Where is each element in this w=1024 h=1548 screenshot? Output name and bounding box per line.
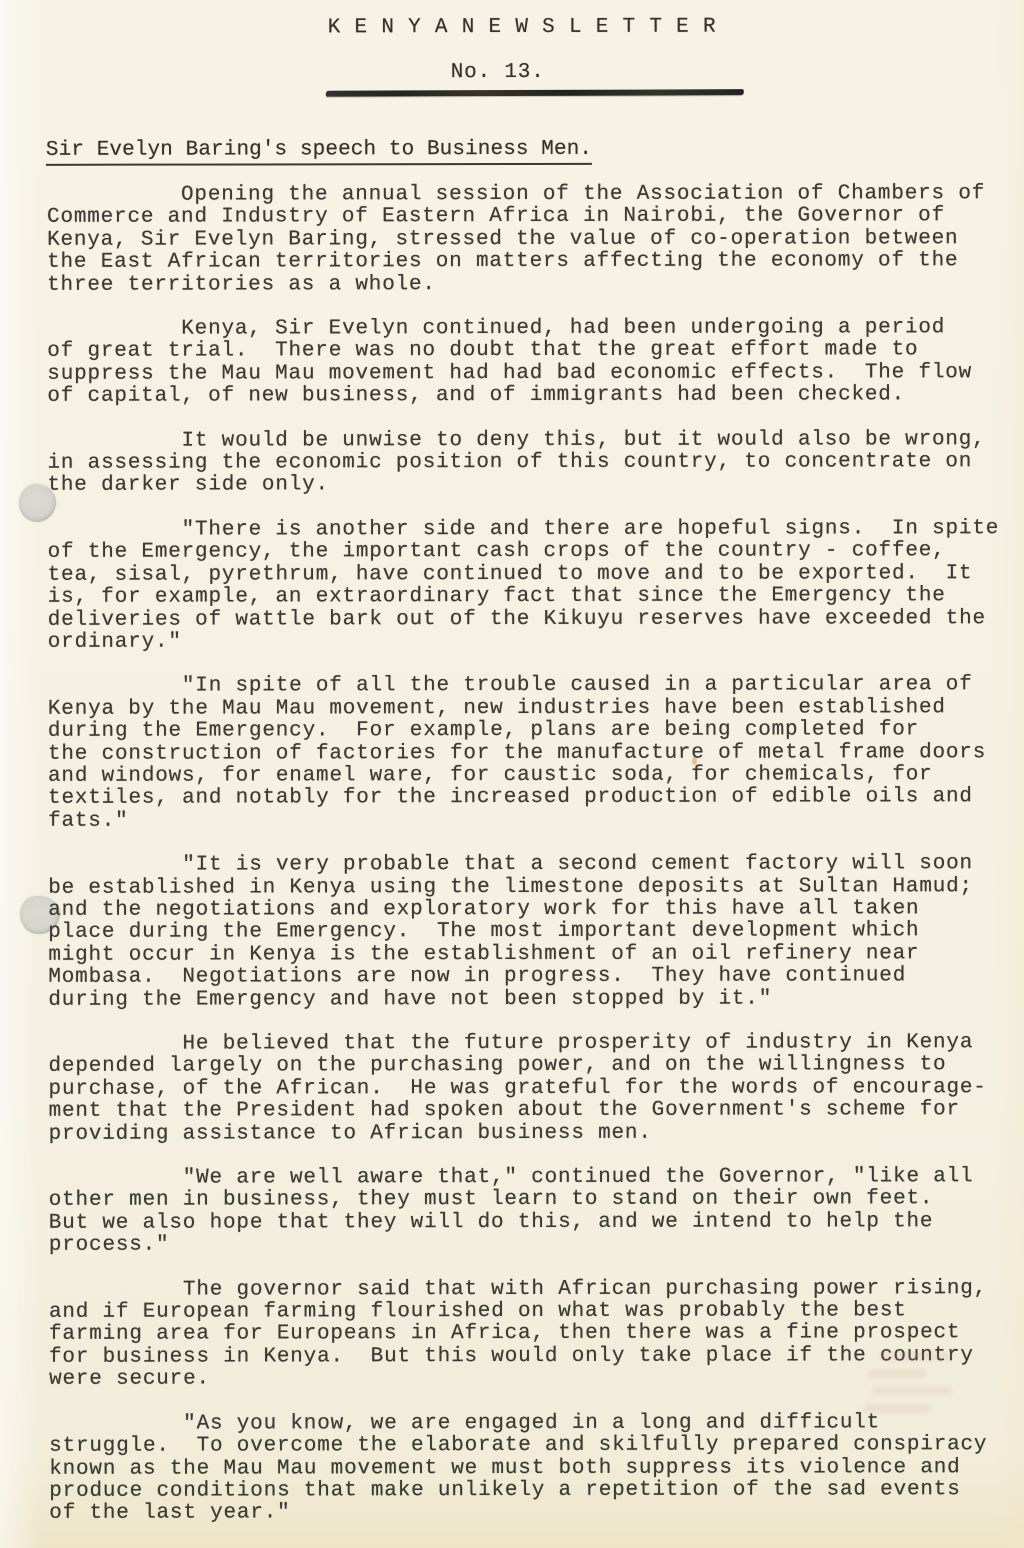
typed-content: K E N Y A N E W S L E T T E R No. 13. Si… [0, 0, 1024, 1548]
masthead-rule [326, 89, 744, 97]
scanned-document-page: K E N Y A N E W S L E T T E R No. 13. Si… [0, 0, 1024, 1548]
paragraph: "In spite of all the trouble caused in a… [48, 674, 1020, 833]
paragraph: It would be unwise to deny this, but it … [47, 429, 1019, 498]
newsletter-issue-number: No. 13. [451, 61, 545, 84]
stain-speck [692, 757, 697, 765]
newsletter-title: K E N Y A N E W S L E T T E R [328, 16, 717, 40]
paragraph: He believed that the future prosperity o… [48, 1032, 1020, 1146]
paragraph: Kenya, Sir Evelyn continued, had been un… [47, 317, 1019, 408]
paragraph: "There is another side and there are hop… [48, 518, 1020, 654]
paragraph: "It is very probable that a second cemen… [48, 853, 1020, 1012]
article-heading: Sir Evelyn Baring's speech to Business M… [46, 138, 592, 166]
paragraph: "We are well aware that," continued the … [49, 1166, 1021, 1257]
paragraph: The governor said that with African purc… [49, 1278, 1021, 1392]
paragraph: Opening the annual session of the Associ… [47, 183, 1019, 297]
article-heading-row: Sir Evelyn Baring's speech to Business M… [46, 138, 592, 163]
article-body: Opening the annual session of the Associ… [47, 183, 1021, 1547]
paragraph: "As you know, we are engaged in a long a… [49, 1412, 1021, 1526]
